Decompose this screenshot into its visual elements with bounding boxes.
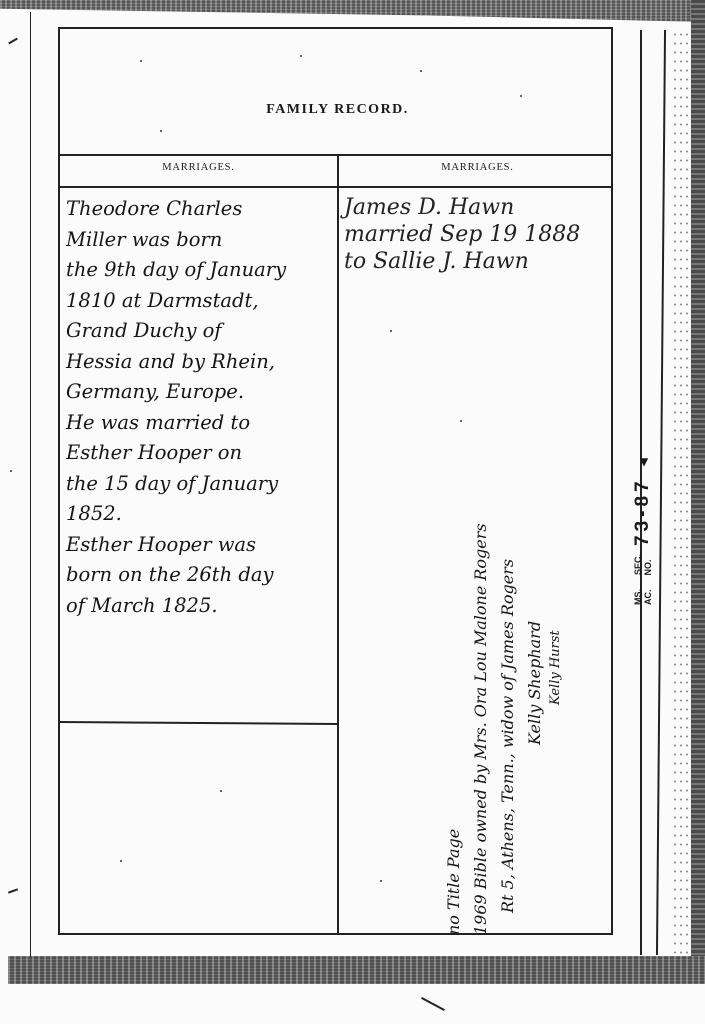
entry-end-rule	[60, 721, 337, 725]
stamp-labels: MS. SEC. AC. NO.	[633, 554, 653, 605]
column-header-right: MARRIAGES.	[339, 162, 616, 173]
stray-mark	[8, 38, 18, 45]
entry-line: to Sallie J. Hawn	[344, 248, 674, 275]
scan-border-right	[691, 0, 705, 965]
archival-notes: no Title Page 1969 Bible owned by Mrs. O…	[440, 523, 564, 935]
header-rule	[60, 186, 611, 188]
entry-line: the 15 day of January	[66, 469, 336, 500]
stamp-label: SEC.	[633, 554, 643, 575]
form-title: FAMILY RECORD.	[60, 102, 615, 118]
note-line: 1969 Bible owned by Mrs. Ora Lou Malone …	[467, 523, 494, 935]
scan-border-top	[0, 0, 705, 22]
stray-mark	[8, 888, 18, 893]
scan-speck	[10, 470, 12, 472]
entry-line: 1810 at Darmstadt,	[66, 286, 336, 317]
entry-line: Hessia and by Rhein,	[66, 347, 336, 378]
entry-line: the 9th day of January	[66, 255, 336, 286]
entry-line: married Sep 19 1888	[344, 221, 674, 248]
scan-speck	[160, 130, 162, 132]
note-line: Rt 5, Athens, Tenn., widow of James Roge…	[494, 523, 521, 935]
column-header-left: MARRIAGES.	[60, 162, 337, 173]
margin-rule	[656, 30, 666, 955]
entry-line: 1852.	[66, 499, 336, 530]
stray-mark	[421, 997, 445, 1011]
scan-speck	[220, 790, 222, 792]
column-divider	[337, 154, 339, 935]
stamp-label: MS.	[633, 589, 643, 605]
scan-speck	[520, 95, 522, 97]
entry-line: Grand Duchy of	[66, 316, 336, 347]
marriage-entry-hawn: James D. Hawn married Sep 19 1888 to Sal…	[344, 194, 674, 275]
accession-number: 73-87	[632, 477, 654, 546]
entry-line: born on the 26th day	[66, 560, 336, 591]
stamp-label: NO.	[643, 559, 653, 575]
header-rule	[60, 154, 611, 156]
note-line: Kelly Hurst	[548, 523, 564, 935]
scan-speck	[460, 420, 462, 422]
scan-speck	[300, 55, 302, 57]
page-edge-line	[30, 12, 31, 957]
entry-line: Esther Hooper was	[66, 530, 336, 561]
note-line: Kelly Shephard	[521, 523, 548, 935]
arrow-icon: ◄	[635, 456, 651, 470]
scan-speck	[420, 70, 422, 72]
entry-line: Germany, Europe.	[66, 377, 336, 408]
entry-line: James D. Hawn	[344, 194, 674, 221]
marriage-entry-miller: Theodore Charles Miller was born the 9th…	[66, 194, 336, 621]
scan-border-bottom	[8, 956, 705, 984]
scan-speck	[120, 860, 122, 862]
scan-speck	[140, 60, 142, 62]
note-line: no Title Page	[440, 523, 467, 935]
archive-stamp: MS. SEC. AC. NO. 73-87 ◄	[632, 456, 654, 606]
stamp-label: AC.	[643, 590, 653, 606]
scan-speck	[380, 880, 382, 882]
scan-noise	[672, 30, 690, 955]
entry-line: Miller was born	[66, 225, 336, 256]
entry-line: of March 1825.	[66, 591, 336, 622]
scan-speck	[390, 330, 392, 332]
entry-line: Esther Hooper on	[66, 438, 336, 469]
entry-line: He was married to	[66, 408, 336, 439]
entry-line: Theodore Charles	[66, 194, 336, 225]
